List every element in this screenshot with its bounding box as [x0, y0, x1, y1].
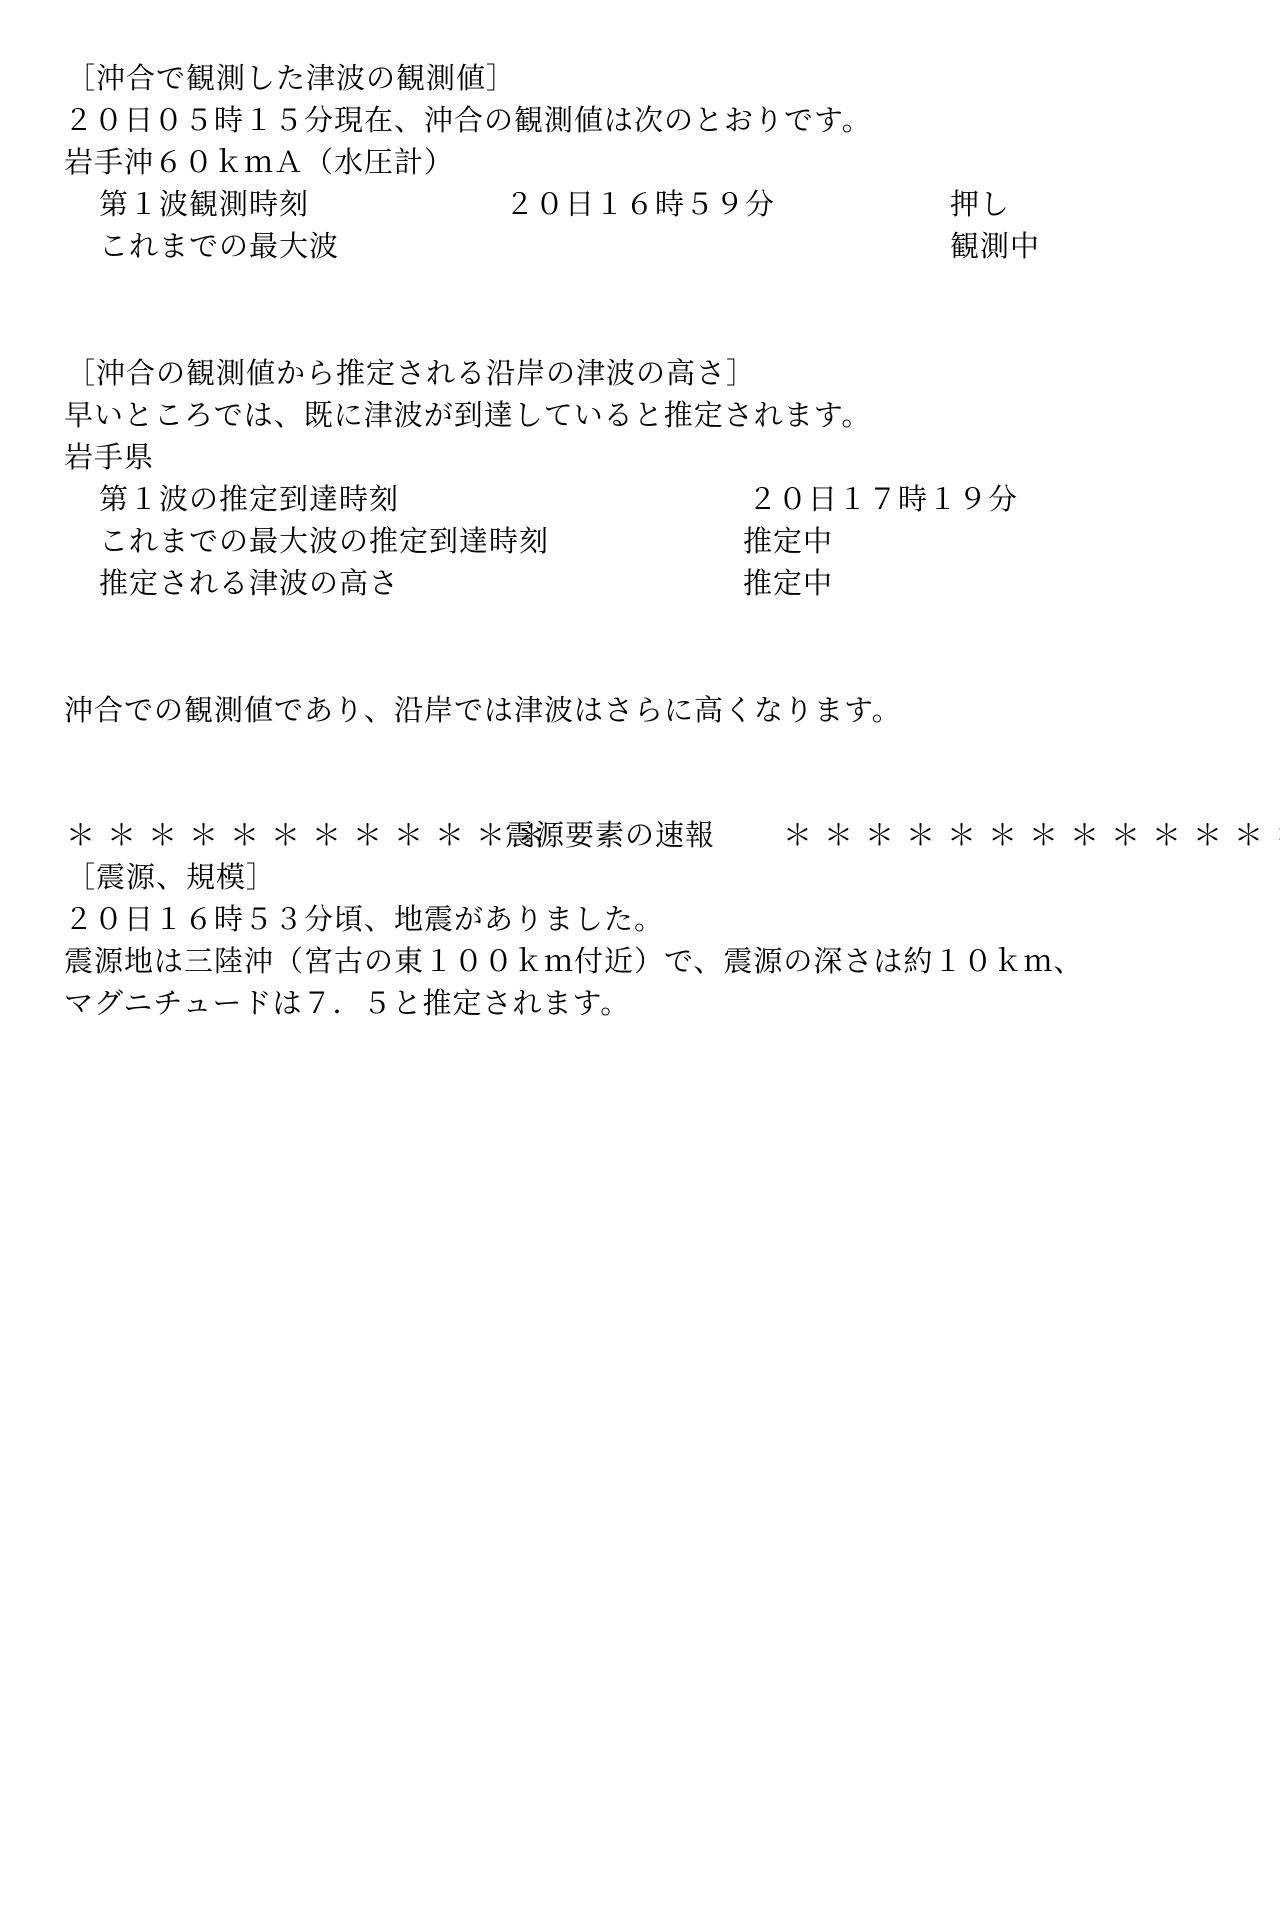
- estimated-region: 岩手県: [64, 439, 154, 475]
- observed-row-value: ２０日１６時５９分: [505, 186, 775, 222]
- observed-intro: ２０日０５時１５分現在、沖合の観測値は次のとおりです。: [64, 102, 872, 138]
- observed-row-note: 観測中: [950, 228, 1040, 264]
- banner-title: 震源要素の速報: [505, 817, 715, 853]
- quake-epicenter: 震源地は三陸沖（宮古の東１００ｋｍ付近）で、震源の深さは約１０ｋｍ、: [64, 943, 1083, 979]
- estimated-row-value: 推定中: [743, 523, 833, 559]
- estimated-row-label: 第１波の推定到達時刻: [99, 481, 399, 517]
- estimated-intro: 早いところでは、既に津波が到達していると推定されます。: [64, 397, 871, 433]
- estimated-row-value: ２０日１７時１９分: [748, 481, 1018, 517]
- observed-row-label: 第１波観測時刻: [99, 186, 309, 222]
- coastal-note: 沖合での観測値であり、沿岸では津波はさらに高くなります。: [64, 692, 902, 728]
- estimated-row-label: これまでの最大波の推定到達時刻: [99, 523, 549, 559]
- quake-heading: ［震源、規模］: [66, 859, 276, 895]
- quake-magnitude: マグニチュードは７．５と推定されます。: [64, 985, 630, 1021]
- observed-row-note: 押し: [950, 186, 1010, 222]
- observed-station: 岩手沖６０ｋｍＡ（水圧計）: [64, 144, 454, 180]
- estimated-heading: ［沖合の観測値から推定される沿岸の津波の高さ］: [66, 355, 756, 391]
- observed-heading: ［沖合で観測した津波の観測値］: [66, 60, 516, 96]
- quake-time: ２０日１６時５３分頃、地震がありました。: [64, 901, 664, 937]
- banner-asterisks-left: ＊＊＊＊＊＊＊＊＊＊＊＊: [66, 817, 558, 853]
- banner-asterisks-right: ＊＊＊＊＊＊＊＊＊＊＊＊＊: [783, 817, 1280, 853]
- estimated-row-label: 推定される津波の高さ: [99, 565, 399, 601]
- observed-row-label: これまでの最大波: [99, 228, 339, 264]
- estimated-row-value: 推定中: [743, 565, 833, 601]
